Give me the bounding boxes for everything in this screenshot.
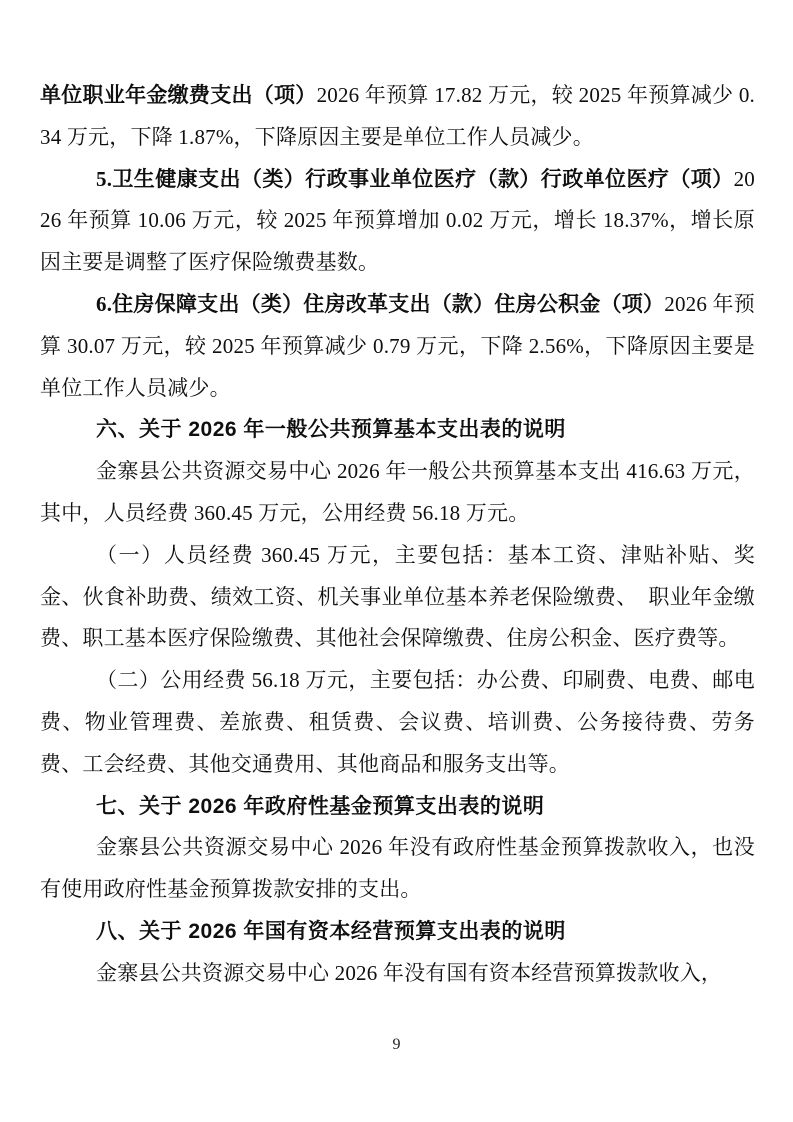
paragraph: 金寨县公共资源交易中心 2026 年一般公共预算基本支出 416.63 万元，其… <box>40 451 755 535</box>
paragraph: （二）公用经费 56.18 万元，主要包括：办公费、印刷费、电费、邮电费、物业管… <box>40 660 755 785</box>
paragraph: 单位职业年金缴费支出（项）2026 年预算 17.82 万元，较 2025 年预… <box>40 75 755 159</box>
section-heading: 六、关于 2026 年一般公共预算基本支出表的说明 <box>40 409 755 451</box>
text-run: 单位职业年金缴费支出（项） <box>40 83 317 107</box>
paragraph: （一）人员经费 360.45 万元，主要包括：基本工资、津贴补贴、奖金、伙食补助… <box>40 535 755 660</box>
text-run: 6.住房保障支出（类）住房改革支出（款）住房公积金（项） <box>96 292 664 316</box>
text-run: 金寨县公共资源交易中心 2026 年一般公共预算基本支出 416.63 万元，其… <box>40 459 755 525</box>
text-run: （一）人员经费 360.45 万元，主要包括：基本工资、津贴补贴、奖金、伙食补助… <box>40 543 755 651</box>
text-run: （二）公用经费 56.18 万元，主要包括：办公费、印刷费、电费、邮电费、物业管… <box>40 668 755 776</box>
paragraph: 5.卫生健康支出（类）行政事业单位医疗（款）行政单位医疗（项）2026 年预算 … <box>40 159 755 284</box>
page-number: 9 <box>0 1036 793 1054</box>
text-run: 5.卫生健康支出（类）行政事业单位医疗（款）行政单位医疗（项） <box>96 167 734 191</box>
text-run: 八、关于 2026 年国有资本经营预算支出表的说明 <box>96 920 566 943</box>
section-heading: 八、关于 2026 年国有资本经营预算支出表的说明 <box>40 911 755 953</box>
document-body: 单位职业年金缴费支出（项）2026 年预算 17.82 万元，较 2025 年预… <box>40 75 755 995</box>
paragraph: 金寨县公共资源交易中心 2026 年没有国有资本经营预算拨款收入， <box>40 953 755 995</box>
text-run: 七、关于 2026 年政府性基金预算支出表的说明 <box>96 795 544 818</box>
document-page: 单位职业年金缴费支出（项）2026 年预算 17.82 万元，较 2025 年预… <box>0 0 793 1122</box>
section-heading: 七、关于 2026 年政府性基金预算支出表的说明 <box>40 786 755 828</box>
paragraph: 6.住房保障支出（类）住房改革支出（款）住房公积金（项）2026 年预算 30.… <box>40 284 755 409</box>
paragraph: 金寨县公共资源交易中心 2026 年没有政府性基金预算拨款收入，也没有使用政府性… <box>40 827 755 911</box>
text-run: 六、关于 2026 年一般公共预算基本支出表的说明 <box>96 418 566 441</box>
text-run: 金寨县公共资源交易中心 2026 年没有政府性基金预算拨款收入，也没有使用政府性… <box>40 835 755 901</box>
text-run: 金寨县公共资源交易中心 2026 年没有国有资本经营预算拨款收入， <box>96 961 722 985</box>
